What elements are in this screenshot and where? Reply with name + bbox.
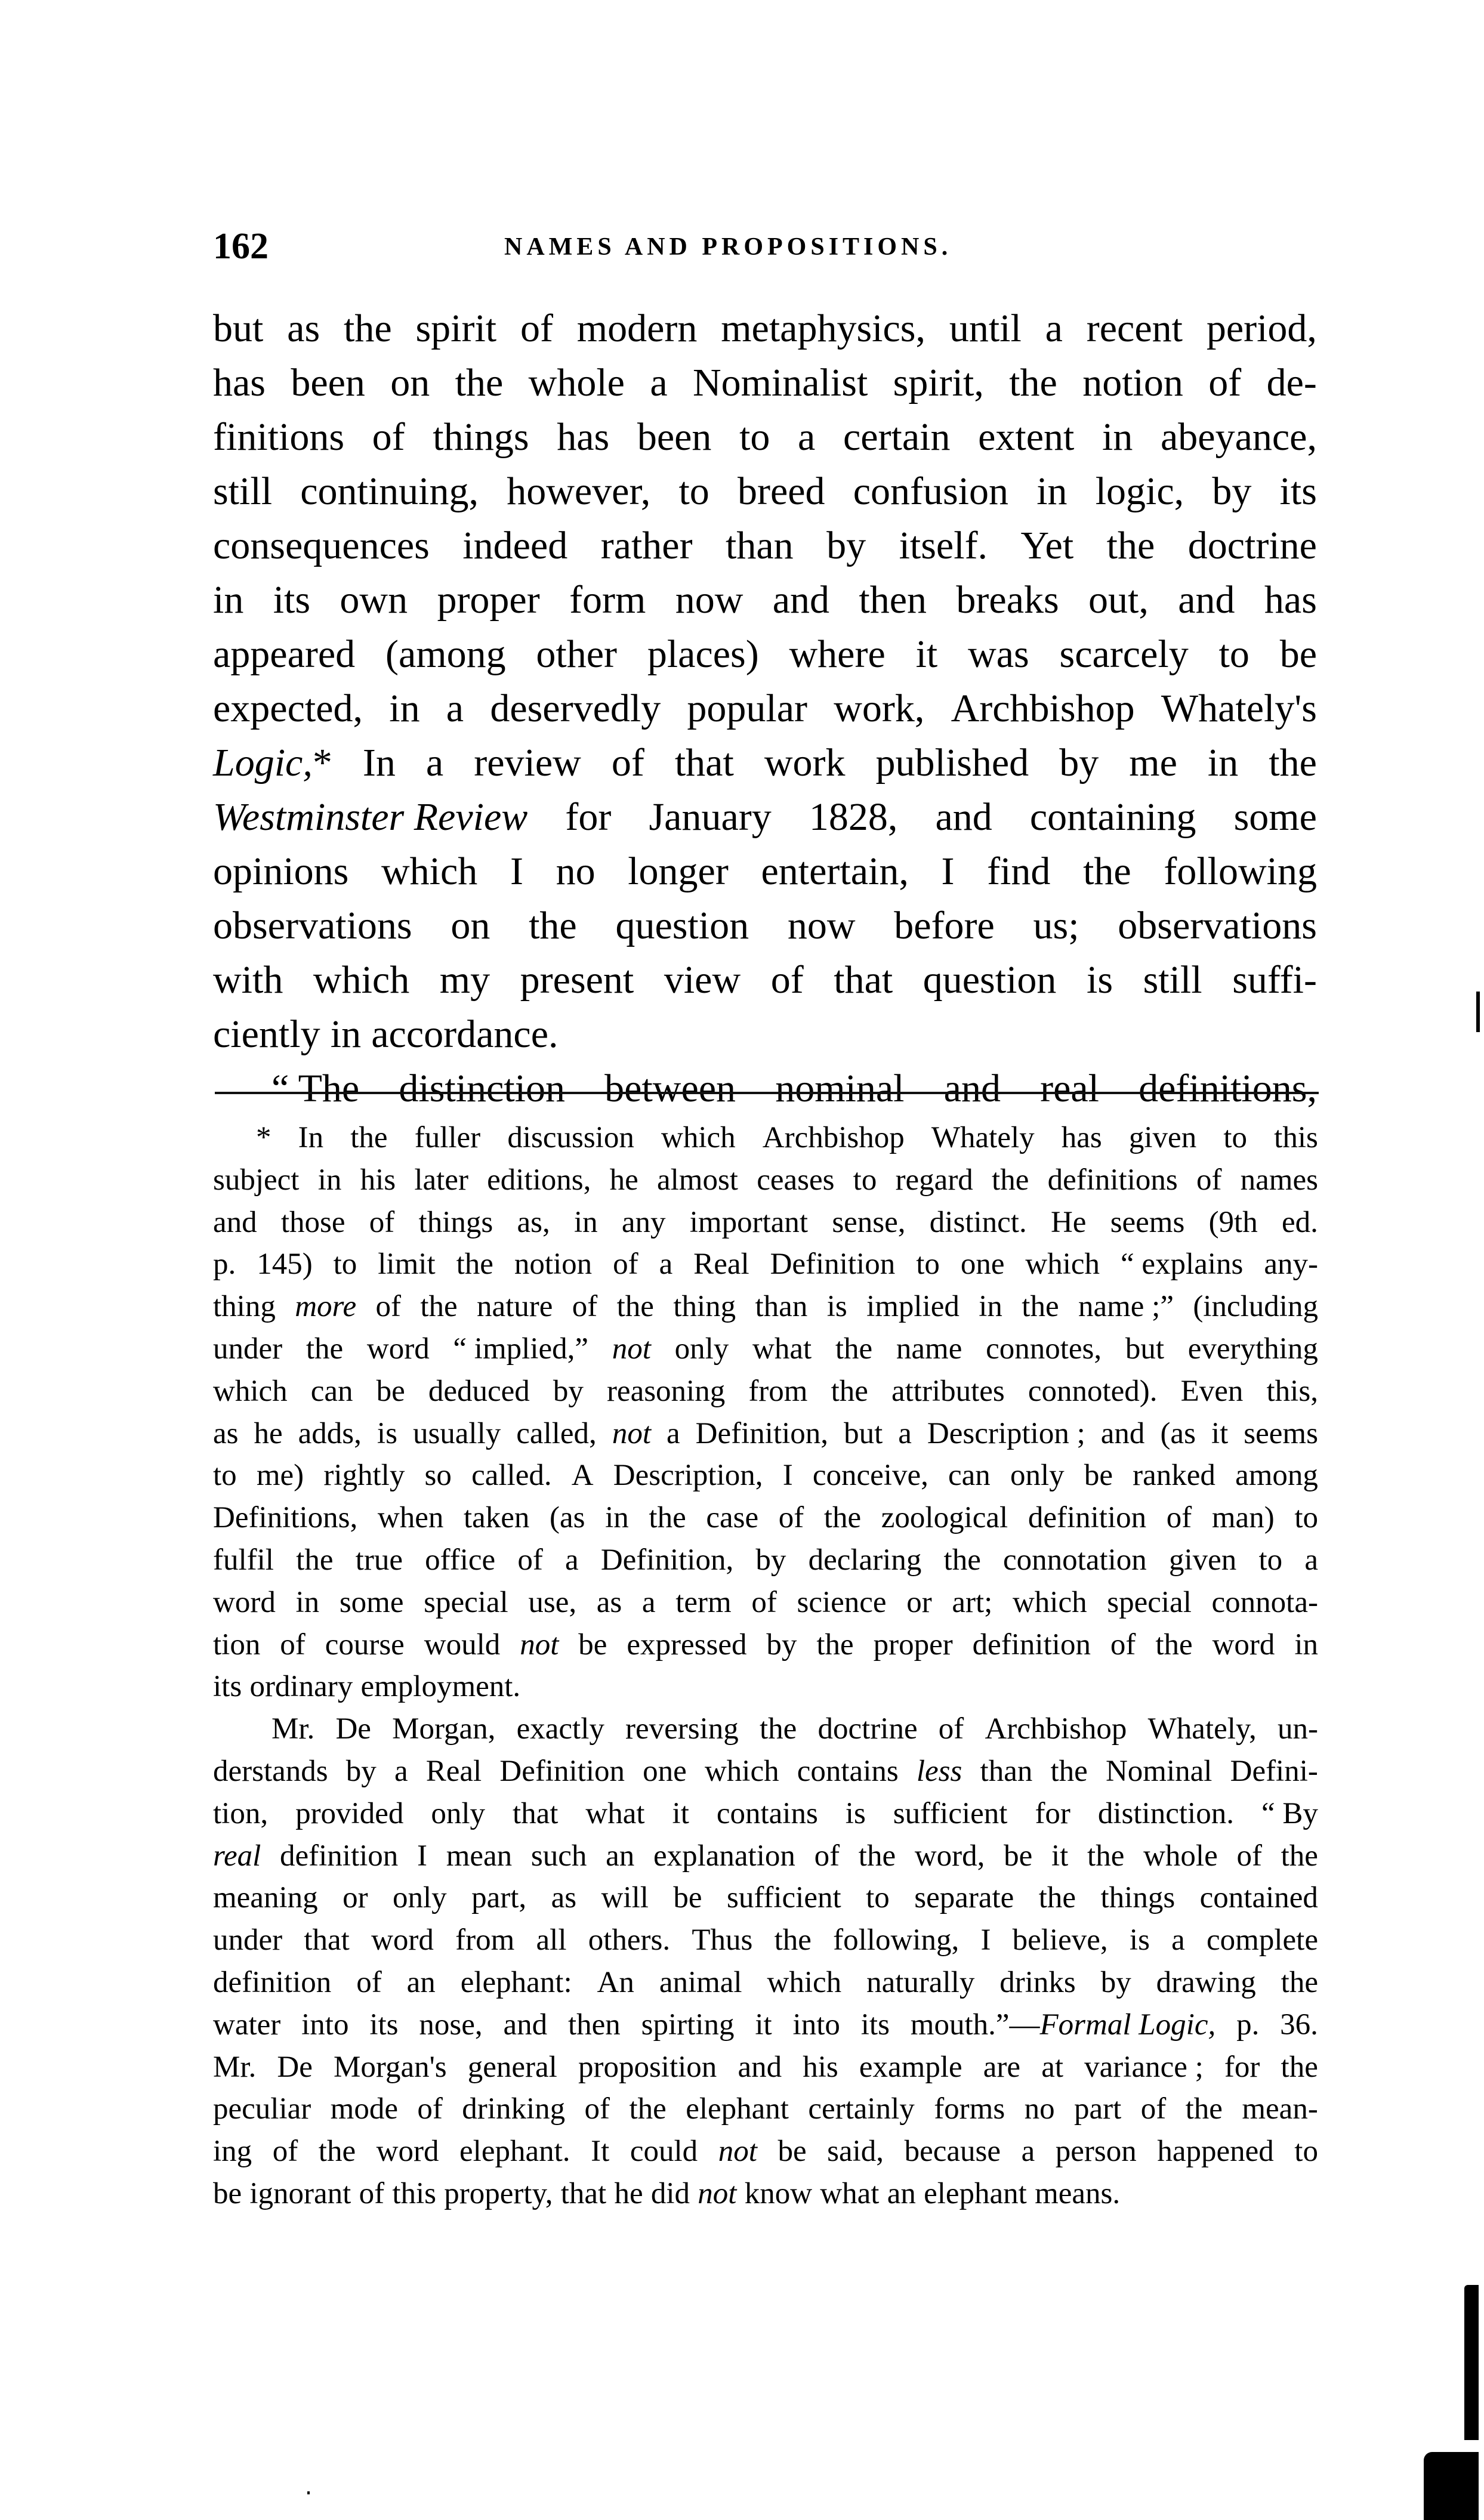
word: be	[673, 1877, 702, 1919]
word: thing	[673, 1286, 736, 1328]
word: work	[764, 736, 846, 790]
word: what	[585, 1793, 644, 1835]
word: because	[905, 2130, 1001, 2173]
word: things	[433, 410, 529, 464]
word: Mr.	[213, 2046, 256, 2089]
word: things	[419, 1202, 493, 1244]
word: regard	[896, 1159, 973, 1202]
word: de-	[1267, 356, 1317, 410]
footnote-line: *InthefullerdiscussionwhichArchbishopWha…	[213, 1117, 1318, 1159]
word: reversing	[625, 1708, 739, 1750]
word: contains	[797, 1750, 899, 1793]
word: the	[296, 1539, 333, 1582]
word: but	[213, 301, 263, 356]
word: observations	[213, 898, 412, 953]
word: its	[273, 573, 310, 627]
body-line: observationsonthequestionnowbeforeus;obs…	[213, 898, 1317, 953]
word: deduced	[428, 1370, 530, 1413]
word: and	[1101, 1413, 1145, 1455]
word: only	[431, 1793, 485, 1835]
word: part,	[471, 1877, 526, 1919]
word: I	[510, 844, 523, 898]
word: to	[334, 1243, 357, 1286]
word: Morgan,	[392, 1708, 495, 1750]
word: distinct.	[930, 1202, 1027, 1244]
word: what	[820, 2173, 879, 2215]
word: names	[1241, 1159, 1318, 1202]
word: in	[1102, 410, 1133, 464]
footnote-line: undertheword“ implied,”notonlywhatthenam…	[213, 1328, 1318, 1370]
word: special	[1107, 1582, 1192, 1624]
word: elephant:	[461, 1962, 572, 2004]
word: following	[1164, 844, 1317, 898]
word: of	[520, 301, 553, 356]
word: “ implied,”	[453, 1328, 588, 1370]
word: expressed	[627, 1624, 746, 1666]
word: a	[650, 356, 667, 410]
body-line: “ Thedistinctionbetweennominalandrealdef…	[213, 1061, 1317, 1116]
word: by	[553, 1370, 584, 1413]
word: connotation	[1003, 1539, 1147, 1582]
word: is	[1087, 953, 1113, 1007]
word: of	[1236, 1835, 1261, 1877]
word: rather	[601, 518, 693, 573]
word: only	[393, 1877, 447, 1919]
word: in	[574, 1202, 598, 1244]
word: of	[369, 1202, 394, 1244]
word: and	[738, 2046, 782, 2089]
footnote-line: andthoseofthingsas,inanyimportantsense,d…	[213, 1202, 1318, 1244]
word: extent	[978, 410, 1074, 464]
word: definition	[1028, 1497, 1146, 1539]
word: to	[916, 1243, 940, 1286]
word: spirit	[415, 301, 496, 356]
word: to	[678, 464, 709, 518]
word: breed	[738, 464, 825, 518]
word: complete	[1207, 1919, 1318, 1962]
footnote-line: realdefinitionImeansuchanexplanationofth…	[213, 1835, 1318, 1877]
footnote-line: waterintoitsnose,andthenspirtingitintoit…	[213, 2004, 1318, 2046]
word: however,	[507, 464, 650, 518]
word: sufficient	[727, 1877, 841, 1919]
word: under	[213, 1919, 282, 1962]
word: ed.	[1282, 1202, 1318, 1244]
word: January	[649, 790, 771, 844]
word: be	[213, 2173, 242, 2215]
word: be	[377, 1370, 405, 1413]
word: contains	[717, 1793, 818, 1835]
word: in	[318, 1159, 342, 1202]
word: in	[213, 573, 243, 627]
page-number: 162	[213, 226, 269, 267]
word: breaks	[956, 573, 1059, 627]
word: a	[394, 1750, 408, 1793]
word: definitions	[1048, 1159, 1178, 1202]
word: Defini-	[1230, 1750, 1318, 1793]
word: now	[788, 898, 856, 953]
word: ceases	[757, 1159, 834, 1202]
word: whole	[529, 356, 625, 410]
word: of	[517, 1539, 542, 1582]
word: p.	[1236, 2004, 1259, 2046]
word: as	[597, 1582, 622, 1624]
word: (including	[1193, 1286, 1318, 1328]
word: things	[1101, 1877, 1176, 1919]
word: case	[706, 1497, 758, 1539]
word: less	[917, 1750, 962, 1793]
word: distinction	[399, 1061, 565, 1116]
word: my	[440, 953, 490, 1007]
word: the	[1281, 1962, 1318, 2004]
body-line: cientlyinaccordance.	[213, 1007, 1317, 1061]
word: word	[367, 1328, 430, 1370]
word: everything	[1188, 1328, 1318, 1370]
word: as	[213, 1413, 238, 1455]
word: Yet	[1021, 518, 1074, 573]
word: until	[949, 301, 1022, 356]
word: ordinary	[249, 1666, 353, 1708]
word: De	[335, 1708, 371, 1750]
word: use,	[528, 1582, 576, 1624]
word: I	[941, 844, 954, 898]
word: the	[831, 1370, 868, 1413]
word: Definition	[499, 1750, 625, 1793]
word: and	[944, 1061, 1001, 1116]
word: fulfil	[213, 1539, 274, 1582]
word: “ By	[1261, 1793, 1318, 1835]
scan-mark-right-middle	[1476, 992, 1480, 1032]
word: *	[256, 1117, 271, 1159]
word: of	[572, 1286, 597, 1328]
word: into	[793, 2004, 840, 2046]
word: notion	[1082, 356, 1183, 410]
word: contained	[1200, 1877, 1318, 1919]
word: drinking	[462, 2088, 565, 2130]
word: thing	[213, 1286, 276, 1328]
word: later	[414, 1159, 468, 1202]
word: in	[605, 1497, 629, 1539]
word: question	[615, 898, 749, 953]
word: definition	[213, 1962, 331, 2004]
word: notion	[514, 1243, 592, 1286]
word: Westminster Review	[213, 790, 527, 844]
word: which	[381, 844, 477, 898]
word: into	[301, 2004, 348, 2046]
word: word	[213, 1582, 276, 1624]
word: of	[359, 2173, 384, 2215]
word: to	[853, 1159, 877, 1202]
book-page: 162 NAMES AND PROPOSITIONS. butasthespir…	[0, 0, 1484, 2520]
word: its	[369, 2004, 398, 2046]
word: Real	[693, 1243, 749, 1286]
word: 1828,	[809, 790, 898, 844]
word: than	[726, 518, 794, 573]
word: the	[1269, 736, 1317, 790]
word: certainly	[808, 2088, 914, 2130]
word: said,	[827, 2130, 884, 2173]
word: than	[755, 1286, 808, 1328]
footnote-line: thingmoreofthenatureofthethingthanisimpl…	[213, 1286, 1318, 1328]
word: it	[916, 627, 938, 681]
word: term	[675, 1582, 731, 1624]
word: has	[557, 410, 609, 464]
word: such	[531, 1835, 587, 1877]
word: as	[551, 1877, 576, 1919]
footnote-line: derstandsbyaRealDefinitiononewhichcontai…	[213, 1750, 1318, 1793]
word: not	[718, 2130, 757, 2173]
word: to	[1294, 1497, 1318, 1539]
word: scarcely	[1060, 627, 1189, 681]
word: popular	[687, 681, 807, 736]
word: Archbishop	[951, 681, 1135, 736]
word: the	[835, 1328, 872, 1370]
word: that	[513, 1793, 558, 1835]
word: abeyance,	[1161, 410, 1317, 464]
word: man)	[1212, 1497, 1275, 1539]
word: zoological	[881, 1497, 1008, 1539]
word: of	[939, 1708, 964, 1750]
word: a	[426, 736, 443, 790]
word: of	[273, 2130, 298, 2173]
word: of	[585, 2088, 610, 2130]
word: special	[424, 1582, 508, 1624]
word: not	[612, 1328, 651, 1370]
word: this	[1274, 1117, 1318, 1159]
word: Thus	[692, 1919, 752, 1962]
word: a	[642, 1582, 656, 1624]
word: did	[651, 2173, 690, 2215]
word: so	[425, 1454, 452, 1497]
word: those	[281, 1202, 345, 1244]
word: which	[661, 1117, 736, 1159]
word: his	[360, 1159, 396, 1202]
word: to	[1223, 1117, 1247, 1159]
word: observations	[1118, 898, 1317, 953]
word: definition	[973, 1624, 1091, 1666]
word: important	[690, 1202, 808, 1244]
word: of	[612, 736, 644, 790]
word: what	[752, 1328, 812, 1370]
footnote-line: underthatwordfromallothers.Thusthefollow…	[213, 1919, 1318, 1962]
word: this,	[1267, 1370, 1318, 1413]
word: employment.	[360, 1666, 520, 1708]
word: drinks	[999, 1962, 1076, 2004]
word: as	[287, 301, 320, 356]
word: in	[389, 681, 419, 736]
word: only	[1010, 1454, 1065, 1497]
word: one	[961, 1243, 1005, 1286]
word: “ The	[271, 1061, 359, 1116]
word: before	[894, 898, 995, 953]
word: means.	[1035, 2173, 1120, 2215]
word: of	[372, 410, 405, 464]
footnote-line: meaningoronlypart,aswillbesufficienttose…	[213, 1877, 1318, 1919]
word: seems	[1110, 1202, 1185, 1244]
word: appeared	[213, 627, 355, 681]
word: the	[760, 1708, 797, 1750]
word: of	[1110, 1624, 1136, 1666]
word: me	[1129, 736, 1177, 790]
body-line: expected,inadeservedlypopularwork,Archbi…	[213, 681, 1317, 736]
word: he	[610, 1159, 638, 1202]
word: distinction.	[1098, 1793, 1234, 1835]
word: the	[529, 898, 577, 953]
word: In	[363, 736, 396, 790]
word: animal	[659, 1962, 742, 2004]
word: be	[578, 1624, 607, 1666]
word: in	[979, 1286, 1002, 1328]
word: to	[739, 410, 770, 464]
word: attributes	[891, 1370, 1005, 1413]
word: on	[451, 898, 490, 953]
word: science	[797, 1582, 886, 1624]
word: then	[568, 2004, 621, 2046]
word: fuller	[415, 1117, 480, 1159]
word: in	[331, 1007, 361, 1061]
word: a	[659, 1243, 673, 1286]
word: usually	[413, 1413, 501, 1455]
word: mouth.”—Formal Logic,	[911, 2004, 1215, 2046]
word: He	[1051, 1202, 1086, 1244]
word: than	[980, 1750, 1033, 1793]
word: its	[861, 2004, 890, 2046]
word: for	[1224, 2046, 1260, 2089]
footnote-block: *InthefullerdiscussionwhichArchbishopWha…	[213, 1117, 1318, 2215]
word: Nominalist	[693, 356, 868, 410]
word: I	[980, 1919, 991, 1962]
footnote-line: tionofcoursewouldnotbeexpressedbytheprop…	[213, 1624, 1318, 1666]
word: Archbishop	[985, 1708, 1127, 1750]
word: longer	[628, 844, 729, 898]
word: office	[425, 1539, 495, 1582]
word: that	[834, 953, 893, 1007]
word: to	[1294, 2130, 1318, 2173]
word: to	[866, 1877, 890, 1919]
word: (as	[1160, 1413, 1195, 1455]
word: deservedly	[490, 681, 661, 736]
word: among	[1235, 1454, 1318, 1497]
word: word	[377, 2130, 439, 2173]
word: not	[698, 2173, 736, 2215]
word: art;	[952, 1582, 992, 1624]
word: Logic,*	[213, 736, 332, 790]
word: be	[1280, 627, 1317, 681]
word: no	[1025, 2088, 1055, 2130]
word: An	[597, 1962, 634, 2004]
word: a	[667, 1413, 680, 1455]
word: connota-	[1212, 1582, 1318, 1624]
word: no	[556, 844, 596, 898]
word: elephant	[686, 2088, 789, 2130]
word: still	[1143, 953, 1202, 1007]
word: in	[1036, 464, 1067, 518]
word: has	[213, 356, 266, 410]
word: be	[1084, 1454, 1113, 1497]
word: Description ;	[927, 1413, 1085, 1455]
footnote-line: tion,providedonlythatwhatitcontainsissuf…	[213, 1793, 1318, 1835]
word: Definitions,	[213, 1497, 357, 1539]
word: Real	[426, 1750, 482, 1793]
word: elephant.	[459, 2130, 570, 2173]
word: where	[789, 627, 886, 681]
scan-dot	[307, 2491, 310, 2494]
word: the	[420, 1286, 457, 1328]
word: a	[1171, 1919, 1185, 1962]
word: course	[325, 1624, 405, 1666]
word: and	[773, 573, 829, 627]
word: ciently	[213, 1007, 320, 1061]
word: Even	[1181, 1370, 1244, 1413]
word: word	[1213, 1624, 1275, 1666]
word: it	[1051, 1835, 1068, 1877]
word: the	[775, 1919, 812, 1962]
word: peculiar	[213, 2088, 311, 2130]
word: of	[779, 1497, 804, 1539]
word: to	[1219, 627, 1249, 681]
word: itself.	[899, 518, 988, 573]
word: under	[213, 1328, 282, 1370]
word: the	[629, 2088, 666, 2130]
word: Archbishop	[763, 1117, 905, 1159]
footnote-line: whichcanbededucedbyreasoningfromtheattri…	[213, 1370, 1318, 1413]
word: given	[1129, 1117, 1196, 1159]
word: know	[745, 2173, 812, 2215]
word: places)	[647, 627, 759, 681]
word: for	[1035, 1793, 1070, 1835]
word: water	[213, 2004, 280, 2046]
word: consequences	[213, 518, 430, 573]
word: at	[1041, 2046, 1063, 2089]
word: I	[783, 1454, 793, 1497]
word: Definition,	[696, 1413, 828, 1455]
word: published	[876, 736, 1029, 790]
word: nature	[477, 1286, 553, 1328]
word: Whately's	[1161, 681, 1317, 736]
word: in	[1208, 736, 1238, 790]
word: editions,	[487, 1159, 591, 1202]
word: doctrine	[1188, 518, 1317, 573]
word: by	[1059, 736, 1099, 790]
word: which	[313, 953, 409, 1007]
footnote-line: Mr.DeMorgan'sgeneralpropositionandhisexa…	[213, 2046, 1318, 2089]
word: name	[896, 1328, 962, 1370]
word: doctrine	[818, 1708, 918, 1750]
word: certain	[843, 410, 951, 464]
word: of	[751, 1582, 776, 1624]
body-line: withwhichmypresentviewofthatquestionisst…	[213, 953, 1317, 1007]
word: true	[356, 1539, 403, 1582]
word: elephant	[924, 2173, 1027, 2215]
word: the	[306, 1328, 343, 1370]
word: expected,	[213, 681, 363, 736]
word: review	[474, 736, 581, 790]
word: is	[827, 1286, 847, 1328]
word: De	[277, 2046, 312, 2089]
word: In	[298, 1117, 323, 1159]
word: its	[1280, 464, 1317, 518]
word: a	[1022, 2130, 1035, 2173]
word: proposition	[578, 2046, 717, 2089]
body-line: stillcontinuing,however,tobreedconfusion…	[213, 464, 1317, 518]
word: by	[1101, 1962, 1131, 2004]
word: any	[622, 1202, 666, 1244]
word: a	[898, 1413, 912, 1455]
word: I	[417, 1835, 427, 1877]
word: rightly	[323, 1454, 405, 1497]
word: part	[1074, 2088, 1121, 2130]
word: seems	[1244, 1413, 1318, 1455]
body-line: opinionswhichInolongerentertain,Ifindthe…	[213, 844, 1317, 898]
